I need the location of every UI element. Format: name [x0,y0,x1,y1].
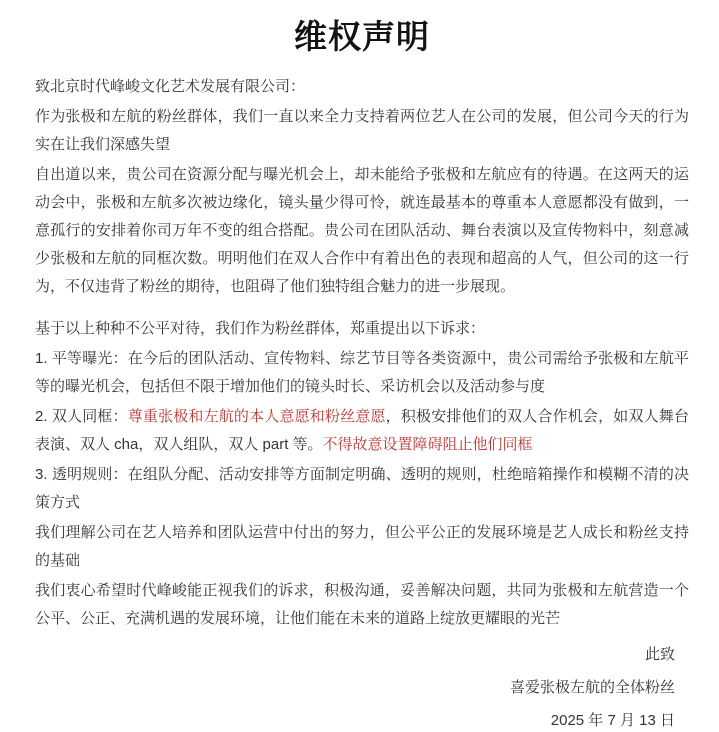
demand-text: 1. 平等曝光：在今后的团队活动、宣传物料、综艺节目等各类资源中，贵公司需给予张… [35,350,689,395]
signoff-signature: 喜爱张极左航的全体粉丝 [35,672,675,703]
demand-text: 2. 双人同框： [35,408,128,425]
demand-item-equal-exposure: 1. 平等曝光：在今后的团队活动、宣传物料、综艺节目等各类资源中，贵公司需给予张… [35,345,689,401]
signoff-date: 2025 年 7 月 13 日 [35,705,675,732]
demand-highlight-text: 尊重张极和左航的本人意愿和粉丝意愿 [128,408,386,425]
signoff-respectfully: 此致 [35,639,675,670]
hope-paragraph: 我们衷心希望时代峰峻能正视我们的诉求，积极沟通，妥善解决问题，共同为张极和左航营… [35,577,689,633]
signoff-block: 此致 喜爱张极左航的全体粉丝 2025 年 7 月 13 日 [35,639,689,732]
statement-document: 维权声明 致北京时代峰峻文化艺术发展有限公司： 作为张极和左航的粉丝群体，我们一… [0,0,719,732]
demands-intro: 基于以上种种不公平对待，我们作为粉丝群体，郑重提出以下诉求： [35,315,689,343]
salutation: 致北京时代峰峻文化艺术发展有限公司： [35,73,689,101]
demand-highlight-text: 不得故意设置障碍阻止他们同框 [323,436,533,453]
understanding-paragraph: 我们理解公司在艺人培养和团队运营中付出的努力，但公平公正的发展环境是艺人成长和粉… [35,519,689,575]
grievance-paragraph: 自出道以来，贵公司在资源分配与曝光机会上，却未能给予张极和左航应有的待遇。在这两… [35,161,689,301]
document-title: 维权声明 [35,16,689,58]
demand-item-transparent-rules: 3. 透明规则：在组队分配、活动安排等方面制定明确、透明的规则，杜绝暗箱操作和模… [35,461,689,517]
intro-paragraph: 作为张极和左航的粉丝群体，我们一直以来全力支持着两位艺人在公司的发展，但公司今天… [35,103,689,159]
demand-item-duo-appearance: 2. 双人同框：尊重张极和左航的本人意愿和粉丝意愿，积极安排他们的双人合作机会，… [35,403,689,459]
demand-text: 3. 透明规则：在组队分配、活动安排等方面制定明确、透明的规则，杜绝暗箱操作和模… [35,466,689,511]
